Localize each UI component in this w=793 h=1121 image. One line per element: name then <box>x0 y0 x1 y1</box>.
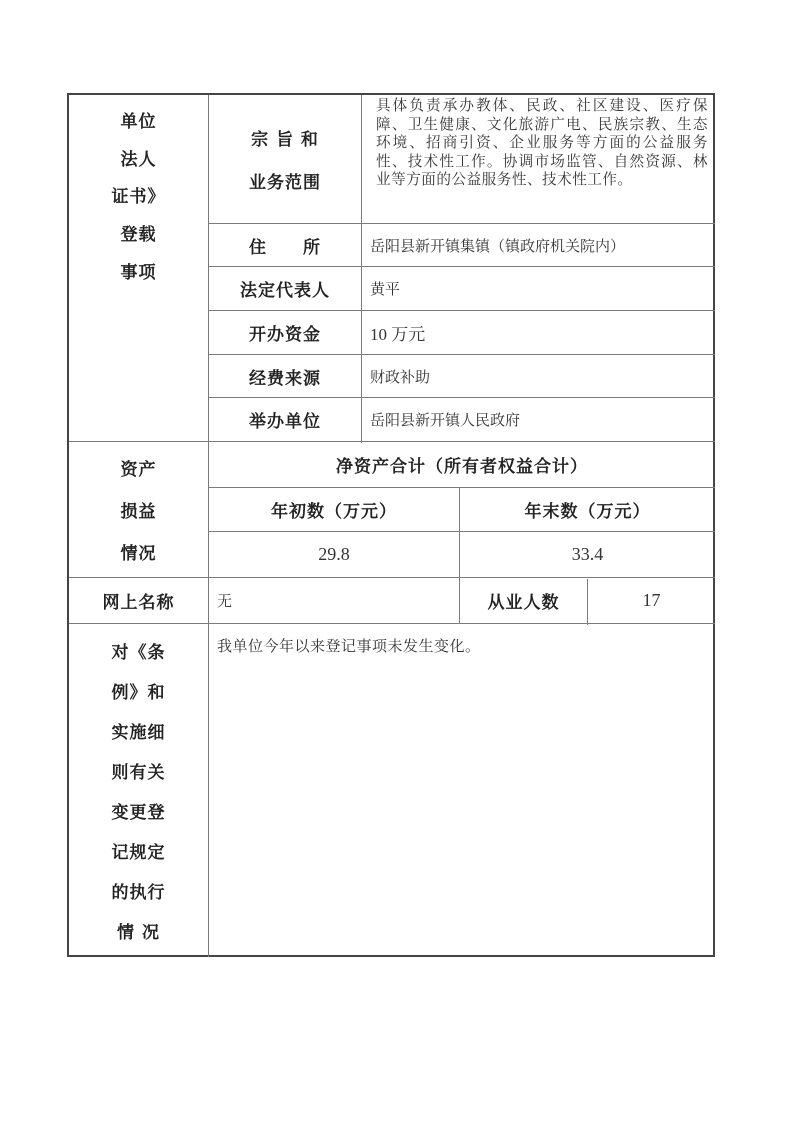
side-label-line: 变更登 <box>112 798 166 823</box>
side-label-line: 情况 <box>121 539 157 564</box>
year-start-header: 年初数（万元） <box>209 488 459 531</box>
purpose-label-line: 宗 旨 和 <box>251 125 319 150</box>
side-label-line: 记规定 <box>112 838 166 863</box>
address-label: 住 所 <box>209 224 361 266</box>
side-label-line: 资产 <box>121 455 157 480</box>
sponsor-label: 举办单位 <box>209 398 361 441</box>
online-name-label: 网上名称 <box>69 578 208 623</box>
side-label-line: 的执行 <box>112 878 166 903</box>
side-label-line: 单位 <box>121 107 157 132</box>
year-end-header: 年末数（万元） <box>460 488 715 531</box>
side-label-line: 登载 <box>121 220 157 245</box>
side-label-line: 例》和 <box>112 678 166 703</box>
legal-rep-value: 黄平 <box>362 267 715 310</box>
compliance-value: 我单位今年以来登记事项未发生变化。 <box>217 635 481 656</box>
side-label-line: 情 况 <box>117 918 160 943</box>
side-label-line: 损益 <box>121 497 157 522</box>
year-end-value: 33.4 <box>460 532 715 577</box>
compliance-side-label: 对《条 例》和 实施细 则有关 变更登 记规定 的执行 情 况 <box>69 624 208 957</box>
purpose-label: 宗 旨 和 业务范围 <box>209 95 361 223</box>
address-value: 岳阳县新开镇集镇（镇政府机关院内） <box>362 224 715 266</box>
year-start-value: 29.8 <box>209 532 459 577</box>
side-label-line: 事项 <box>121 258 157 283</box>
funding-source-value: 财政补助 <box>362 355 715 397</box>
side-label-line: 对《条 <box>112 638 166 663</box>
purpose-label-line: 业务范围 <box>249 168 321 193</box>
capital-label: 开办资金 <box>209 311 361 354</box>
net-assets-header: 净资产合计（所有者权益合计） <box>209 442 715 487</box>
capital-value: 10 万元 <box>362 311 715 354</box>
legal-rep-label: 法定代表人 <box>209 267 361 310</box>
side-label-line: 法人 <box>121 145 157 170</box>
staff-count-label: 从业人数 <box>460 578 587 623</box>
assets-side-label: 资产 损益 情况 <box>69 442 208 577</box>
funding-source-label: 经费来源 <box>209 355 361 397</box>
side-label-line: 证书》 <box>112 182 166 207</box>
sponsor-value: 岳阳县新开镇人民政府 <box>362 398 715 441</box>
annual-report-table: 单位 法人 证书》 登载 事项 宗 旨 和 业务范围 具体负责承办教体、民政、社… <box>67 93 715 957</box>
staff-count-value: 17 <box>588 578 715 623</box>
purpose-value: 具体负责承办教体、民政、社区建设、医疗保障、卫生健康、文化旅游广电、民族宗教、生… <box>370 97 714 190</box>
side-label-line: 实施细 <box>112 718 166 743</box>
registration-side-label: 单位 法人 证书》 登载 事项 <box>69 95 208 295</box>
side-label-line: 则有关 <box>112 758 166 783</box>
online-name-value: 无 <box>209 578 459 623</box>
